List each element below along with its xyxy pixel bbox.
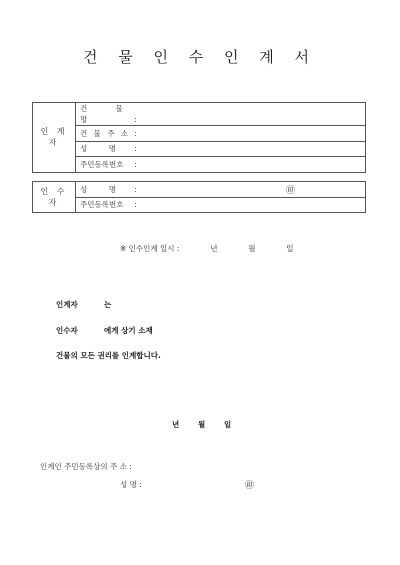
building-address-label: 건 물 주 소 (80, 128, 132, 139)
separator: : (134, 200, 137, 209)
month-unit: 월 (248, 244, 255, 253)
transferor-header: 인 계 자 (33, 103, 76, 173)
separator: : (134, 185, 137, 194)
signature-name-label: 성 명 : (120, 480, 142, 489)
building-name-label: 건 물 명 (80, 103, 132, 125)
transferee-id-number-row[interactable]: 주민등록번호 : (76, 197, 366, 213)
transferor-id-number-row[interactable]: 주민등록번호 : (76, 157, 366, 173)
transferor-building-address-row[interactable]: 건 물 주 소 : (76, 126, 366, 142)
id-number-label: 주민등록번호 (80, 199, 132, 210)
separator: : (134, 129, 137, 138)
statement-line-transferee: 인수자 에게 상기 소재 (56, 325, 153, 336)
day-unit: 일 (286, 244, 293, 253)
signature-name-row: 성 명 : (120, 479, 142, 490)
seal-icon: ㊞ (245, 478, 254, 491)
transferor-suffix: 는 (104, 300, 111, 309)
year-unit: 년 (172, 419, 198, 430)
handover-date-label: ※ 인수인계 일시 : (120, 244, 179, 253)
day-unit: 일 (224, 419, 250, 430)
document-title: 건 물 인 수 인 계 서 (0, 46, 400, 67)
signature-date: 년월일 (172, 419, 250, 430)
signature-address-label: 인계인 주민등록상의 주 소 : (40, 461, 132, 472)
transferor-label: 인계자 (56, 300, 78, 309)
transferee-header: 인 수 자 (33, 182, 76, 213)
transferor-building-name-row[interactable]: 건 물 명 : (76, 103, 366, 126)
statement-line-rights: 건물의 모든 권리를 인계합니다. (56, 350, 161, 361)
seal-icon: ㊞ (286, 183, 295, 196)
separator: : (134, 160, 137, 169)
year-unit: 년 (210, 244, 217, 253)
transferee-name-row[interactable]: 성 명 : ㊞ (76, 182, 366, 198)
handover-date-note: ※ 인수인계 일시 : 년 월 일 (120, 243, 294, 254)
separator: : (134, 144, 137, 153)
transferor-table: 인 계 자 건 물 명 : 건 물 주 소 : 성 명 : 주민등록번호 : (32, 102, 366, 173)
separator: : (134, 115, 137, 124)
transferee-suffix: 에게 상기 소재 (104, 326, 153, 335)
statement-line-transferor: 인계자 는 (56, 299, 111, 310)
transferee-table: 인 수 자 성 명 : ㊞ 주민등록번호 : (32, 181, 366, 213)
name-label: 성 명 (80, 143, 132, 154)
name-label: 성 명 (80, 184, 132, 195)
id-number-label: 주민등록번호 (80, 159, 132, 170)
transferor-name-row[interactable]: 성 명 : (76, 141, 366, 157)
month-unit: 월 (198, 419, 224, 430)
transferee-label: 인수자 (56, 326, 78, 335)
